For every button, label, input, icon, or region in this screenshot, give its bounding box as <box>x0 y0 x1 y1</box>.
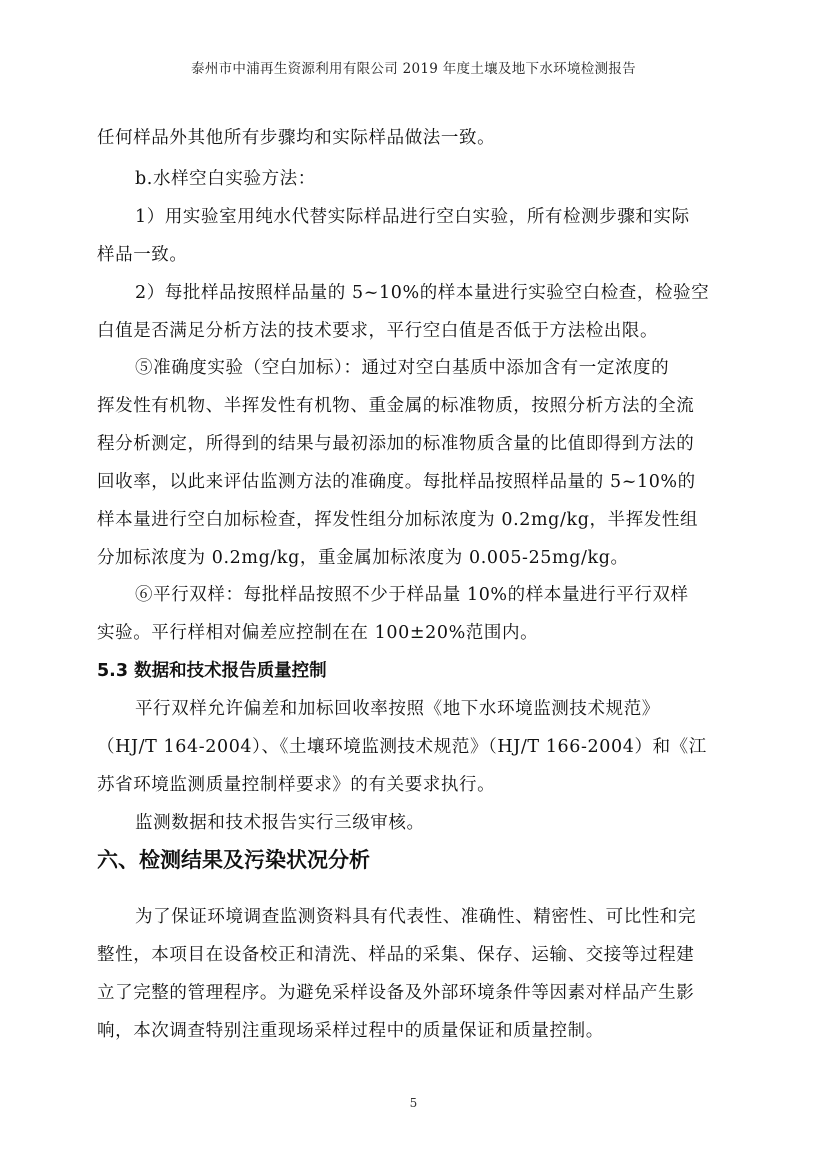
paragraph-line: 样品一致。 <box>97 244 188 266</box>
paragraph-line: 程分析测定，所得到的结果与最初添加的标准物质含量的比值即得到方法的 <box>97 433 694 455</box>
paragraph-line: （HJ/T 164-2004）、《土壤环境监测技术规范》（HJ/T 166-20… <box>97 736 707 758</box>
paragraph-line: ⑥平行双样：每批样品按照不少于样品量 10%的样本量进行平行双样 <box>135 584 689 606</box>
paragraph-line: 监测数据和技术报告实行三级审核。 <box>135 812 425 834</box>
paragraph-line: 任何样品外其他所有步骤均和实际样品做法一致。 <box>97 127 495 149</box>
running-header: 泰州市中浦再生资源利用有限公司 2019 年度土壤及地下水环境检测报告 <box>0 57 827 77</box>
section-heading-5-3: 5.3 数据和技术报告质量控制 <box>97 660 327 682</box>
paragraph-line: 分加标浓度为 0.2mg/kg，重金属加标浓度为 0.005-25mg/kg。 <box>97 547 629 569</box>
paragraph-line: 样本量进行空白加标检查，挥发性组分加标浓度为 0.2mg/kg，半挥发性组 <box>97 509 698 531</box>
paragraph-line: 2）每批样品按照样品量的 5~10%的样本量进行实验空白检查，检验空 <box>135 282 709 304</box>
paragraph-line: 回收率，以此来评估监测方法的准确度。每批样品按照样品量的 5~10%的 <box>97 471 696 493</box>
paragraph-line: 响，本次调查特别注重现场采样过程中的质量保证和质量控制。 <box>97 1020 604 1042</box>
paragraph-line: ⑤准确度实验（空白加标）：通过对空白基质中添加含有一定浓度的 <box>135 357 669 379</box>
paragraph-line: 白值是否满足分析方法的技术要求，平行空白值是否低于方法检出限。 <box>97 320 658 342</box>
paragraph-line: 为了保证环境调查监测资料具有代表性、准确性、精密性、可比性和完 <box>135 906 696 928</box>
paragraph-line: 整性，本项目在设备校正和清洗、样品的采集、保存、运输、交接等过程建 <box>97 944 694 966</box>
paragraph-line: b.水样空白实验方法： <box>135 168 316 190</box>
paragraph-line: 1）用实验室用纯水代替实际样品进行空白实验，所有检测步骤和实际 <box>135 206 690 228</box>
paragraph-line: 挥发性有机物、半挥发性有机物、重金属的标准物质，按照分析方法的全流 <box>97 395 694 417</box>
section-heading-6: 六、检测结果及污染状况分析 <box>97 847 370 873</box>
paragraph-line: 立了完整的管理程序。为避免采样设备及外部环境条件等因素对样品产生影 <box>97 982 694 1004</box>
paragraph-line: 实验。平行样相对偏差应控制在在 100±20%范围内。 <box>97 622 538 644</box>
paragraph-line: 平行双样允许偏差和加标回收率按照《地下水环境监测技术规范》 <box>135 698 660 720</box>
paragraph-line: 苏省环境监测质量控制样要求》的有关要求执行。 <box>97 774 495 796</box>
page-number: 5 <box>0 1096 827 1110</box>
